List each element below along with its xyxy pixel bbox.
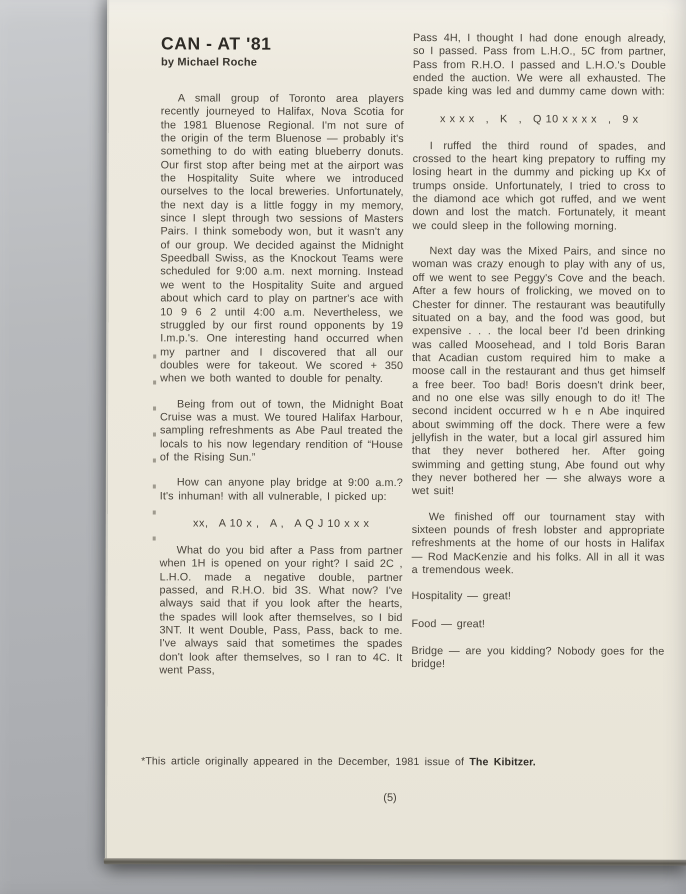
- paragraph: Being from out of town, the Midnight Boa…: [160, 398, 403, 465]
- page-content: CAN - AT '81 by Michael Roche A small gr…: [107, 0, 686, 861]
- footnote-publication: The Kibitzer.: [469, 756, 536, 768]
- paragraph: What do you bid after a Pass from partne…: [159, 544, 402, 678]
- paragraph: We finished off our tournament stay with…: [412, 511, 665, 578]
- paragraph: How can anyone play bridge at 9:00 a.m.?…: [160, 477, 403, 504]
- scanned-page: CAN - AT '81 by Michael Roche A small gr…: [107, 0, 686, 861]
- paragraph: A small group of Toronto area players re…: [160, 92, 404, 386]
- dummy-hand-notation: x x x x , K , Q 10 x x x x , 9 x: [413, 113, 666, 126]
- paragraph: Pass 4H, I thought I had done enough alr…: [413, 32, 666, 99]
- footnote-text: *This article originally appeared in the…: [141, 755, 464, 768]
- photo-background: CAN - AT '81 by Michael Roche A small gr…: [0, 0, 686, 894]
- footnote: *This article originally appeared in the…: [141, 755, 655, 769]
- right-column: Pass 4H, I thought I had done enough alr…: [411, 32, 666, 686]
- article-title: CAN - AT '81: [161, 33, 404, 55]
- rating-food: Food — great!: [411, 618, 664, 632]
- left-column: CAN - AT '81 by Michael Roche A small gr…: [159, 33, 404, 690]
- article-byline: by Michael Roche: [161, 56, 404, 69]
- bridge-hand-notation: xx, A 10 x , A , A Q J 10 x x x: [160, 517, 403, 530]
- paragraph: Next day was the Mixed Pairs, and since …: [412, 245, 666, 499]
- paragraph: I ruffed the third round of spades, and …: [412, 140, 665, 234]
- rating-bridge: Bridge — are you kidding? Nobody goes fo…: [411, 645, 664, 672]
- page-number: (5): [107, 791, 673, 804]
- ratings-list: Hospitality — great! Food — great! Bridg…: [411, 590, 664, 672]
- rating-hospitality: Hospitality — great!: [412, 590, 665, 604]
